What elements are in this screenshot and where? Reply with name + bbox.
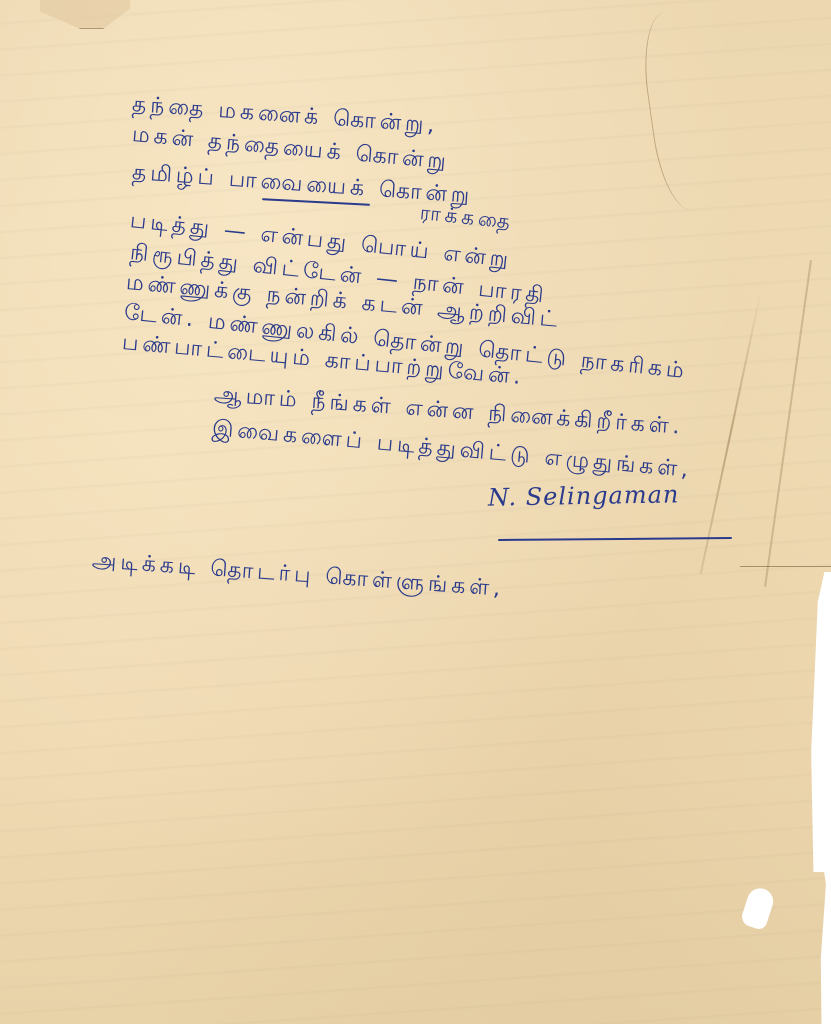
paper-tear-edge [740,566,831,577]
signature: N. Selingaman [488,480,680,511]
